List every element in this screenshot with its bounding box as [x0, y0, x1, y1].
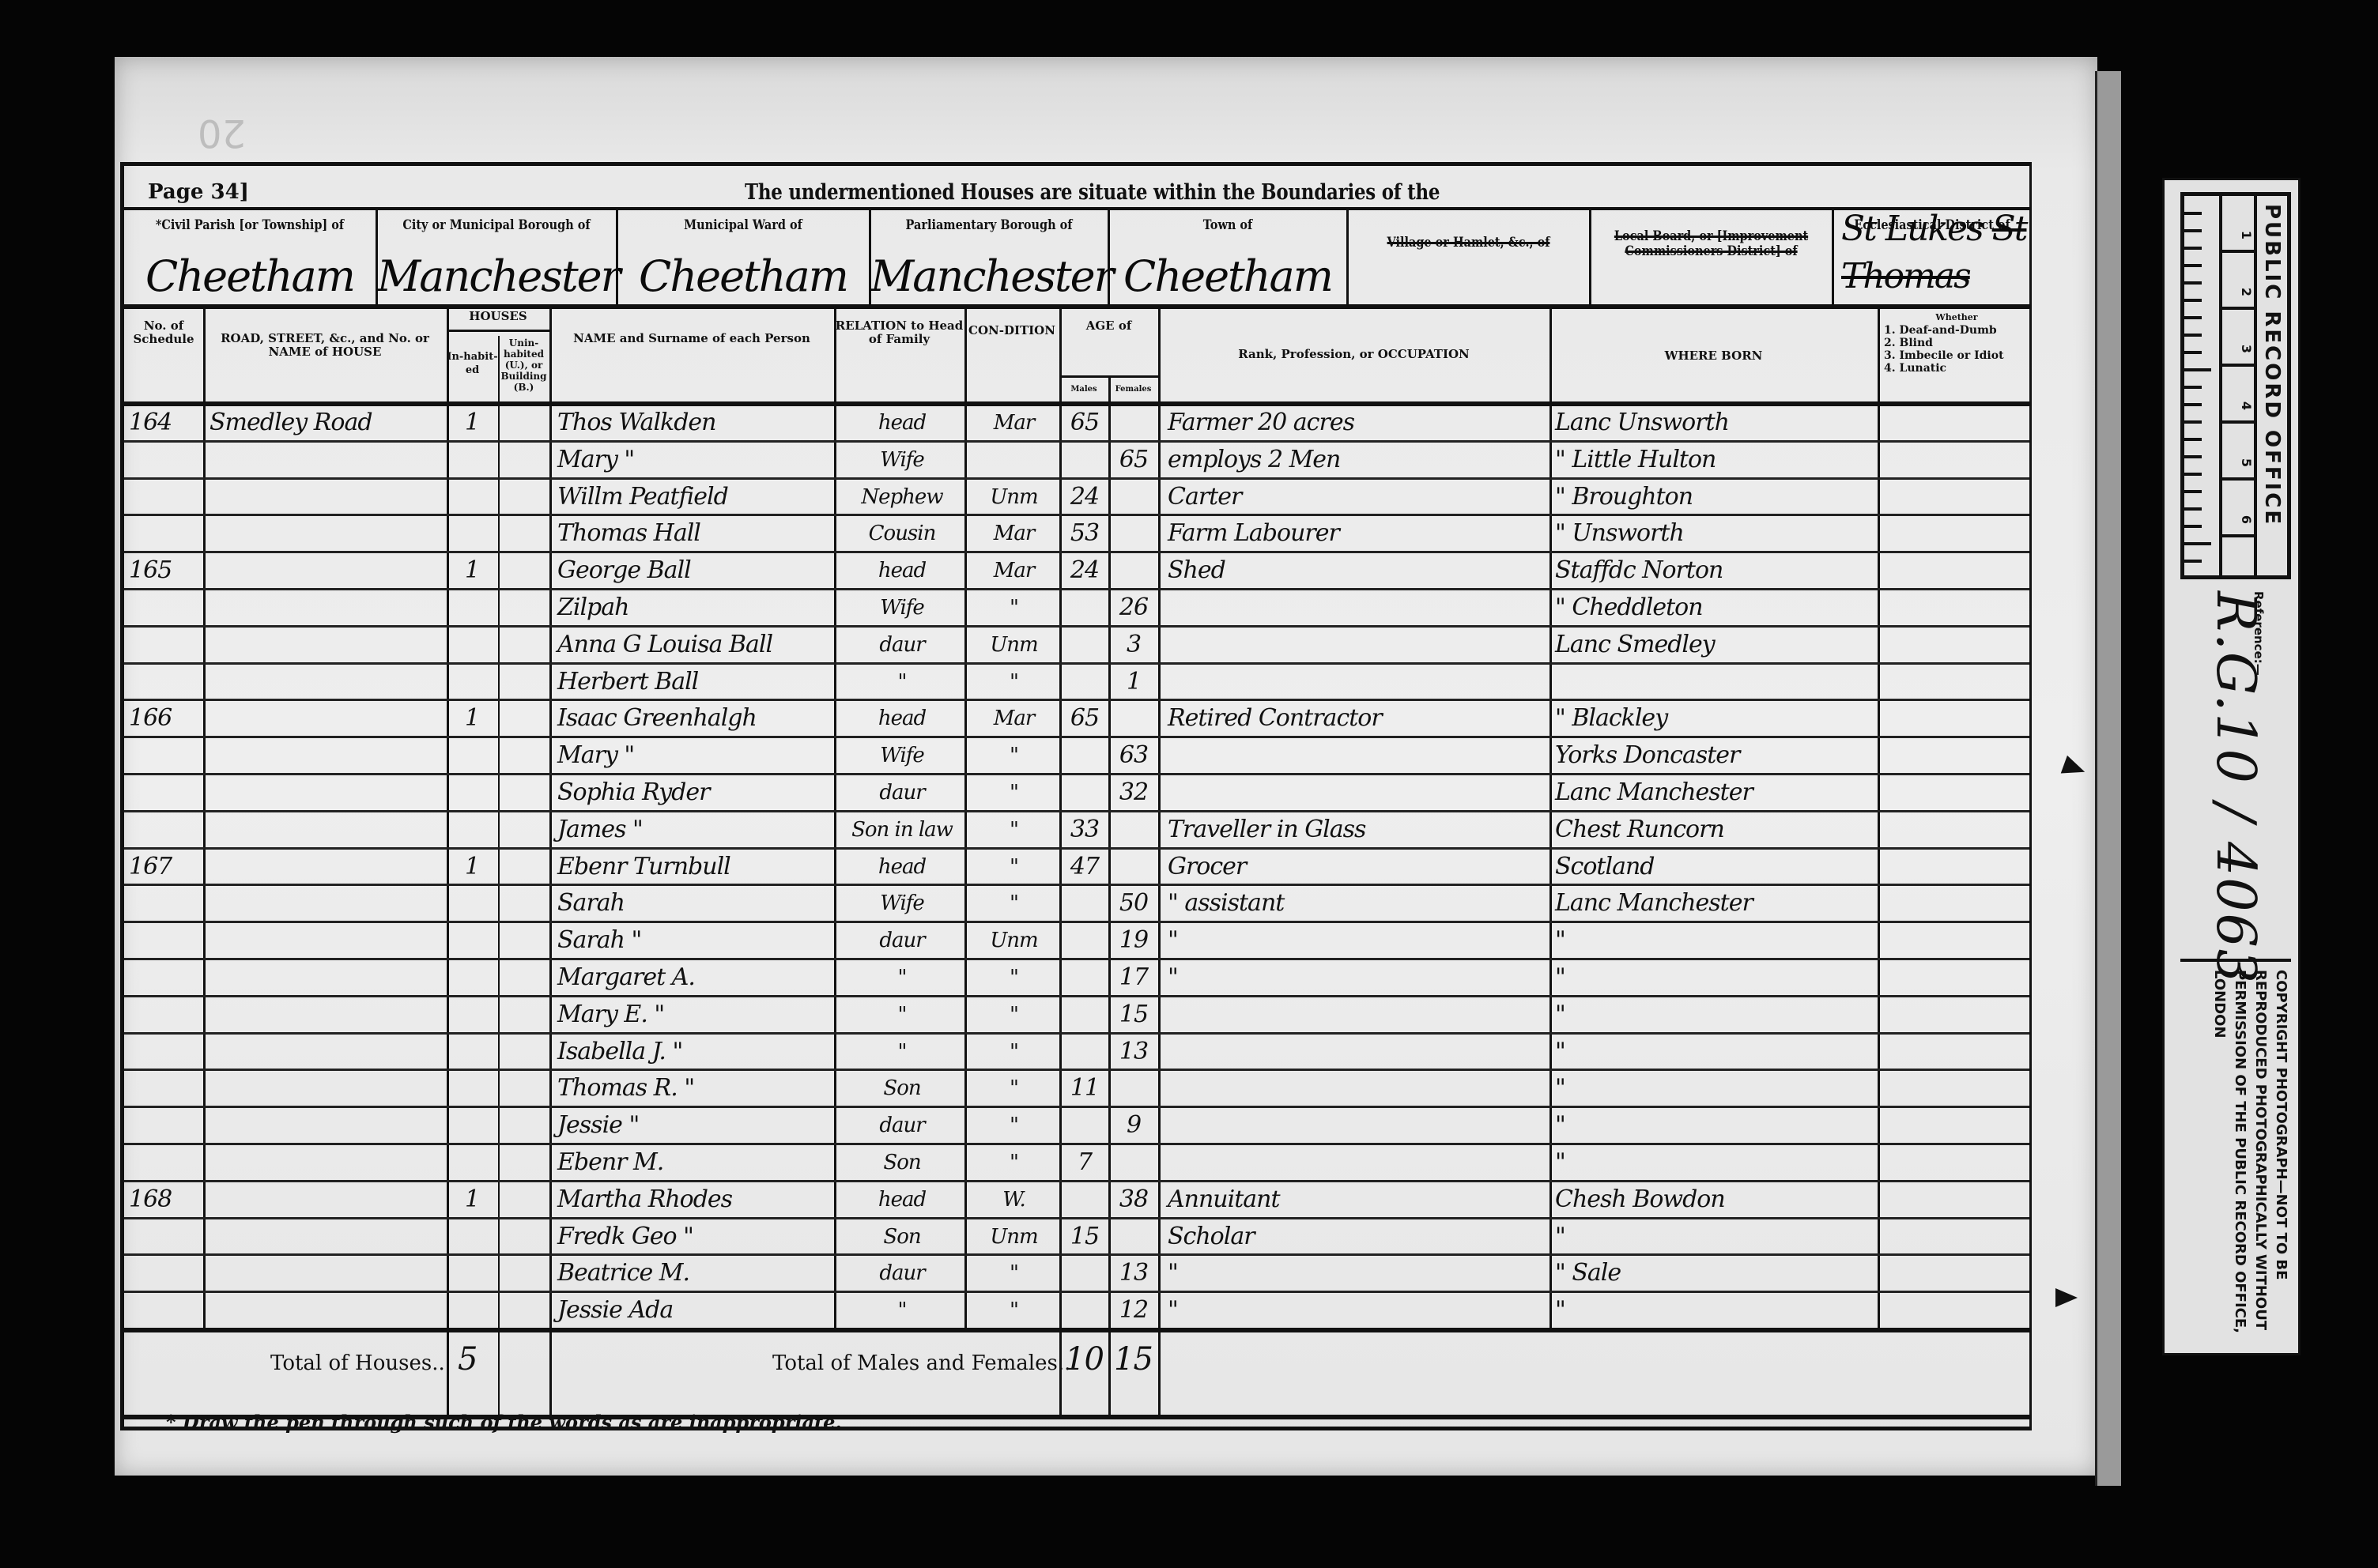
table-row: Isabella J. """13": [124, 1035, 2029, 1072]
cell-relation: Wife: [840, 590, 964, 625]
cell-female-age: 3: [1111, 628, 1157, 662]
ruler-tick: [2184, 264, 2202, 267]
cell-occupation: Farm Labourer: [1168, 516, 1547, 551]
cell-male-age: 53: [1062, 516, 1108, 551]
table-row: Jessie "daur"9": [124, 1108, 2029, 1145]
cell-inhabited: 1: [448, 701, 496, 736]
cell-condition: ": [968, 665, 1059, 699]
cell-name: Ebenr Turnbull: [557, 850, 834, 884]
cell-where-born: Chest Runcorn: [1555, 812, 1875, 847]
cell-female-age: 17: [1111, 960, 1157, 995]
cell-where-born: ": [1555, 1145, 1875, 1180]
ruler-tick: [2184, 525, 2202, 528]
cell-schedule: 168: [129, 1182, 203, 1217]
ruler-tick: [2184, 507, 2202, 511]
cell-where-born: " Unsworth: [1555, 516, 1875, 551]
cell-where-born: ": [1555, 960, 1875, 995]
cell-name: Martha Rhodes: [557, 1182, 834, 1217]
cell-inhabited: 1: [448, 850, 496, 884]
cell-name: Mary ": [557, 443, 834, 477]
district-ecclesiastical: Ecclesiastical District of St Lukes St T…: [1833, 212, 2031, 307]
cell-inhabited: 1: [448, 1182, 496, 1217]
cell-relation: Wife: [840, 443, 964, 477]
divider: [124, 207, 2029, 210]
cell-male-age: 65: [1062, 701, 1108, 736]
cell-occupation: " assistant: [1168, 886, 1547, 921]
table-row: 1651George BallheadMar24ShedStaffdc Nort…: [124, 553, 2029, 590]
cell-relation: head: [840, 1182, 964, 1217]
district-value: Manchester: [870, 253, 1108, 300]
ruler-tick: [2184, 542, 2211, 545]
district-town: Town of Cheetham: [1109, 212, 1346, 307]
cell-name: Isaac Greenhalgh: [557, 701, 834, 736]
cell-name: Beatrice M.: [557, 1256, 834, 1291]
table-row: Sarah "daurUnm19"": [124, 923, 2029, 960]
col-header-females: Females: [1108, 375, 1158, 403]
table-row: 1681Martha RhodesheadW.38AnnuitantChesh …: [124, 1182, 2029, 1219]
census-form: Page 34] The undermentioned Houses are s…: [120, 162, 2032, 1430]
cell-condition: Mar: [968, 701, 1059, 736]
cell-relation: daur: [840, 775, 964, 810]
margin-arrow-icon: [2055, 1288, 2078, 1307]
cell-condition: ": [968, 812, 1059, 847]
ruler-tick: [2184, 455, 2202, 458]
col-header-houses: HOUSES: [447, 308, 549, 332]
district-value: Cheetham: [124, 253, 376, 300]
cell-female-age: 13: [1111, 1256, 1157, 1291]
cell-occupation: employs 2 Men: [1168, 443, 1547, 477]
ruler-box: 5: [2222, 424, 2254, 481]
cell-where-born: " Little Hulton: [1555, 443, 1875, 477]
district-label-struck: Village or Hamlet, &c., of: [1366, 236, 1571, 251]
cell-where-born: Chesh Bowdon: [1555, 1182, 1875, 1217]
cell-occupation: Farmer 20 acres: [1168, 405, 1547, 440]
infirmity-option: 3. Imbecile or Idiot: [1884, 349, 2029, 362]
ruler-tick: [2184, 386, 2202, 389]
col-header-name: NAME and Surname of each Person: [549, 308, 834, 403]
district-label: *Civil Parish [or Township] of: [143, 218, 357, 233]
col-header-occupation: Rank, Profession, or OCCUPATION: [1158, 308, 1549, 403]
cell-name: Jessie Ada: [557, 1293, 834, 1328]
cell-condition: ": [968, 1256, 1059, 1291]
cell-schedule: 167: [129, 850, 203, 884]
cell-road: Smedley Road: [209, 405, 447, 440]
district-village-hamlet: Village or Hamlet, &c., of: [1348, 212, 1589, 307]
cell-relation: daur: [840, 923, 964, 958]
cell-relation: head: [840, 553, 964, 588]
cell-occupation: Retired Contractor: [1168, 701, 1547, 736]
cell-where-born: ": [1555, 923, 1875, 958]
col-header-road: ROAD, STREET, &c., and No. or NAME of HO…: [203, 308, 447, 403]
cell-occupation: ": [1168, 1293, 1547, 1328]
cell-female-age: 12: [1111, 1293, 1157, 1328]
cell-schedule: 166: [129, 701, 203, 736]
table-row: Ebenr M.Son"7": [124, 1145, 2029, 1182]
cell-condition: W.: [968, 1182, 1059, 1217]
district-civil-parish: *Civil Parish [or Township] of Cheetham: [124, 212, 376, 307]
cell-where-born: ": [1555, 1293, 1875, 1328]
cell-female-age: 13: [1111, 1035, 1157, 1069]
cell-name: Anna G Louisa Ball: [557, 628, 834, 662]
page-number: Page 34]: [148, 180, 249, 204]
cell-female-age: 1: [1111, 665, 1157, 699]
cell-female-age: 15: [1111, 997, 1157, 1032]
total-males-value: 10: [1065, 1342, 1104, 1377]
divider: [124, 1328, 2029, 1332]
district-value: Cheetham: [1109, 253, 1346, 300]
district-value: St Lukes St Thomas: [1841, 205, 2031, 300]
cell-where-born: " Blackley: [1555, 701, 1875, 736]
cell-female-age: 19: [1111, 923, 1157, 958]
ruler-box: 1: [2222, 196, 2254, 253]
ruler-tick: [2184, 473, 2202, 476]
ruler-number: 5: [2239, 458, 2254, 467]
cell-condition: ": [968, 775, 1059, 810]
cell-occupation: Carter: [1168, 480, 1547, 514]
cell-condition: ": [968, 1145, 1059, 1180]
cell-where-born: " Broughton: [1555, 480, 1875, 514]
cell-male-age: 33: [1062, 812, 1108, 847]
cell-female-age: 32: [1111, 775, 1157, 810]
ruler-box: 2: [2222, 253, 2254, 310]
cell-relation: ": [840, 1293, 964, 1328]
cell-relation: Cousin: [840, 516, 964, 551]
col-header-where-born: WHERE BORN: [1549, 308, 1878, 403]
cell-name: Mary ": [557, 738, 834, 773]
cell-inhabited: 1: [448, 405, 496, 440]
table-row: Thomas R. "Son"11": [124, 1071, 2029, 1108]
cell-relation: daur: [840, 628, 964, 662]
scale-ruler: 123456 PUBLIC RECORD OFFICE: [2180, 192, 2291, 579]
cell-condition: Unm: [968, 628, 1059, 662]
ruler-tick: [2184, 229, 2202, 232]
total-persons-label: Total of Males and Females..: [772, 1351, 1070, 1375]
cell-condition: ": [968, 1071, 1059, 1106]
cell-occupation: Shed: [1168, 553, 1547, 588]
ruler-tick: [2184, 281, 2202, 285]
cell-female-age: 63: [1111, 738, 1157, 773]
district-city-borough: City or Municipal Borough of Manchester: [377, 212, 616, 307]
cell-female-age: 26: [1111, 590, 1157, 625]
table-row: 1661Isaac GreenhalghheadMar65Retired Con…: [124, 701, 2029, 738]
ruler-number: 6: [2239, 515, 2254, 524]
cell-name: Herbert Ball: [557, 665, 834, 699]
cell-relation: Son: [840, 1071, 964, 1106]
cell-name: Margaret A.: [557, 960, 834, 995]
ruler-tick: [2184, 403, 2202, 406]
cell-relation: head: [840, 405, 964, 440]
cell-relation: Son: [840, 1219, 964, 1254]
district-label: City or Municipal Borough of: [395, 218, 598, 233]
cell-relation: daur: [840, 1108, 964, 1143]
table-row: 1671Ebenr Turnbullhead"47GrocerScotland: [124, 850, 2029, 887]
ruler-tick: [2184, 316, 2202, 319]
faded-folio-number: 20: [198, 111, 246, 155]
table-row: Anna G Louisa BalldaurUnm3Lanc Smedley: [124, 628, 2029, 665]
census-rows: 164Smedley Road1Thos WalkdenheadMar65Far…: [124, 405, 2029, 1330]
cell-female-age: 50: [1111, 886, 1157, 921]
cell-name: Sarah ": [557, 923, 834, 958]
cell-name: Thos Walkden: [557, 405, 834, 440]
cell-name: Zilpah: [557, 590, 834, 625]
col-header-age: AGE of: [1059, 308, 1158, 375]
form-title: The undermentioned Houses are situate wi…: [745, 180, 1440, 205]
ruler-ticks: [2184, 196, 2222, 575]
col-header-relation: RELATION to Head of Family: [834, 308, 964, 403]
cell-male-age: 15: [1062, 1219, 1108, 1254]
ruler-number: 3: [2239, 345, 2254, 353]
cell-occupation: Annuitant: [1168, 1182, 1547, 1217]
col-header-condition: CON-DITION: [964, 308, 1059, 403]
cell-relation: Nephew: [840, 480, 964, 514]
ruler-number: 1: [2239, 231, 2254, 239]
cell-where-born: ": [1555, 1219, 1875, 1254]
cell-male-age: 7: [1062, 1145, 1108, 1180]
cell-relation: ": [840, 960, 964, 995]
cell-inhabited: 1: [448, 553, 496, 588]
cell-name: Willm Peatfield: [557, 480, 834, 514]
public-record-office-label: PUBLIC RECORD OFFICE: [2260, 204, 2284, 526]
table-row: Mary E. """15": [124, 997, 2029, 1035]
cell-relation: head: [840, 850, 964, 884]
cell-where-born: ": [1555, 997, 1875, 1032]
cell-male-age: 24: [1062, 480, 1108, 514]
cell-occupation: Scholar: [1168, 1219, 1547, 1254]
cell-relation: daur: [840, 1256, 964, 1291]
cell-schedule: 164: [129, 405, 203, 440]
table-row: Thomas HallCousinMar53Farm Labourer" Uns…: [124, 516, 2029, 553]
ruler-box: 6: [2222, 481, 2254, 537]
cell-relation: ": [840, 1035, 964, 1069]
cell-where-born: Lanc Manchester: [1555, 886, 1875, 921]
cell-relation: ": [840, 997, 964, 1032]
cell-condition: ": [968, 590, 1059, 625]
table-row: Sophia Ryderdaur"32Lanc Manchester: [124, 775, 2029, 812]
cell-occupation: ": [1168, 923, 1547, 958]
cell-female-age: 65: [1111, 443, 1157, 477]
cell-occupation: ": [1168, 1256, 1547, 1291]
cell-condition: ": [968, 738, 1059, 773]
cell-male-age: 47: [1062, 850, 1108, 884]
ruler-tick: [2184, 299, 2202, 302]
district-local-board: Local Board, or [Improvement Commissione…: [1591, 212, 1832, 307]
ruler-number: 4: [2239, 401, 2254, 410]
district-value: Cheetham: [617, 253, 869, 300]
district-label: Municipal Ward of: [636, 218, 850, 233]
total-houses-value: 5: [458, 1342, 477, 1377]
table-row: Fredk Geo "SonUnm15Scholar": [124, 1219, 2029, 1257]
cell-name: Sophia Ryder: [557, 775, 834, 810]
cell-condition: ": [968, 850, 1059, 884]
cell-where-born: Yorks Doncaster: [1555, 738, 1875, 773]
infirmity-option: 1. Deaf-and-Dumb: [1884, 324, 2029, 337]
cell-where-born: ": [1555, 1071, 1875, 1106]
table-row: Beatrice M.daur"13"" Sale: [124, 1256, 2029, 1293]
table-row: ZilpahWife"26" Cheddleton: [124, 590, 2029, 628]
cell-occupation: Traveller in Glass: [1168, 812, 1547, 847]
table-row: Mary "Wife65employs 2 Men" Little Hulton: [124, 443, 2029, 480]
cell-occupation: Grocer: [1168, 850, 1547, 884]
infirmity-option: 2. Blind: [1884, 337, 2029, 349]
table-row: Margaret A.""17"": [124, 960, 2029, 997]
ruler-box: 3: [2222, 310, 2254, 367]
cell-name: Jessie ": [557, 1108, 834, 1143]
ruler-number: 2: [2239, 288, 2254, 296]
cell-condition: Unm: [968, 1219, 1059, 1254]
district-municipal-ward: Municipal Ward of Cheetham: [617, 212, 869, 307]
district-label: Parliamentary Borough of: [889, 218, 1090, 233]
cell-name: Thomas R. ": [557, 1071, 834, 1106]
col-header-schedule: No. of Schedule: [124, 308, 203, 403]
cell-where-born: " Cheddleton: [1555, 590, 1875, 625]
cell-where-born: ": [1555, 1108, 1875, 1143]
cell-name: Sarah: [557, 886, 834, 921]
ruler-tick: [2184, 368, 2211, 371]
cell-where-born: " Sale: [1555, 1256, 1875, 1291]
district-label-struck: Local Board, or [Improvement Commissione…: [1609, 229, 1814, 259]
total-females-value: 15: [1114, 1342, 1153, 1377]
cell-condition: ": [968, 1035, 1059, 1069]
ruler-tick: [2184, 560, 2202, 563]
cell-schedule: 165: [129, 553, 203, 588]
cell-name: George Ball: [557, 553, 834, 588]
cell-condition: ": [968, 886, 1059, 921]
ruler-box: 4: [2222, 367, 2254, 424]
ruler-tick: [2184, 247, 2202, 250]
ruler-boxes: 123456: [2222, 196, 2257, 575]
cell-condition: ": [968, 1293, 1059, 1328]
footnote: * Draw the pen through such of the words…: [166, 1411, 842, 1434]
cell-condition: Unm: [968, 480, 1059, 514]
district-value: Manchester: [377, 253, 616, 300]
col-header-males: Males: [1059, 375, 1108, 403]
col-header-infirmity: Whether 1. Deaf-and-Dumb 2. Blind 3. Imb…: [1878, 308, 2029, 403]
cell-condition: ": [968, 960, 1059, 995]
cell-occupation: ": [1168, 960, 1547, 995]
table-row: SarahWife"50" assistantLanc Manchester: [124, 886, 2029, 923]
cell-where-born: Lanc Unsworth: [1555, 405, 1875, 440]
page-edge: [2095, 71, 2121, 1486]
cell-relation: head: [840, 701, 964, 736]
reference-value: R.G.10 / 4063: [2204, 591, 2267, 985]
table-row: Jessie Ada""12"": [124, 1293, 2029, 1330]
table-row: James "Son in law"33Traveller in GlassCh…: [124, 812, 2029, 850]
cell-male-age: 11: [1062, 1071, 1108, 1106]
cell-condition: Mar: [968, 405, 1059, 440]
table-row: Willm PeatfieldNephewUnm24Carter" Brough…: [124, 480, 2029, 517]
ruler-tick: [2184, 438, 2202, 441]
ruler-tick: [2184, 334, 2202, 337]
infirmity-option: 4. Lunatic: [1884, 362, 2029, 375]
ruler-tick: [2184, 212, 2202, 215]
cell-condition: ": [968, 997, 1059, 1032]
cell-relation: Son: [840, 1145, 964, 1180]
cell-condition: ": [968, 1108, 1059, 1143]
cell-name: Thomas Hall: [557, 516, 834, 551]
ruler-tick: [2184, 490, 2202, 493]
cell-where-born: Scotland: [1555, 850, 1875, 884]
cell-female-age: 38: [1111, 1182, 1157, 1217]
cell-male-age: 65: [1062, 405, 1108, 440]
cell-name: Fredk Geo ": [557, 1219, 834, 1254]
cell-name: Isabella J. ": [557, 1035, 834, 1069]
district-label: Town of: [1127, 218, 1329, 233]
table-row: Herbert Ball""1: [124, 665, 2029, 702]
cell-relation: ": [840, 665, 964, 699]
cell-relation: Wife: [840, 738, 964, 773]
total-houses-label: Total of Houses..: [270, 1351, 445, 1375]
ruler-tick: [2184, 351, 2202, 354]
cell-relation: Son in law: [840, 812, 964, 847]
cell-where-born: Staffdc Norton: [1555, 553, 1875, 588]
reference-card: 123456 PUBLIC RECORD OFFICE Reference:— …: [2162, 178, 2301, 1355]
copyright-notice: COPYRIGHT PHOTOGRAPH—NOT TO BE REPRODUCE…: [2180, 959, 2291, 1346]
cell-name: Mary E. ": [557, 997, 834, 1032]
cell-where-born: Lanc Manchester: [1555, 775, 1875, 810]
cell-condition: Mar: [968, 516, 1059, 551]
district-parliamentary-borough: Parliamentary Borough of Manchester: [870, 212, 1108, 307]
cell-where-born: ": [1555, 1035, 1875, 1069]
infirmity-whether: Whether: [1884, 311, 2029, 324]
table-row: Mary "Wife"63Yorks Doncaster: [124, 738, 2029, 775]
ruler-tick: [2184, 420, 2202, 424]
cell-male-age: 24: [1062, 553, 1108, 588]
cell-name: Ebenr M.: [557, 1145, 834, 1180]
cell-condition: Unm: [968, 923, 1059, 958]
cell-where-born: Lanc Smedley: [1555, 628, 1875, 662]
cell-relation: Wife: [840, 886, 964, 921]
cell-female-age: 9: [1111, 1108, 1157, 1143]
cell-condition: Mar: [968, 553, 1059, 588]
table-row: 164Smedley Road1Thos WalkdenheadMar65Far…: [124, 405, 2029, 443]
cell-name: James ": [557, 812, 834, 847]
